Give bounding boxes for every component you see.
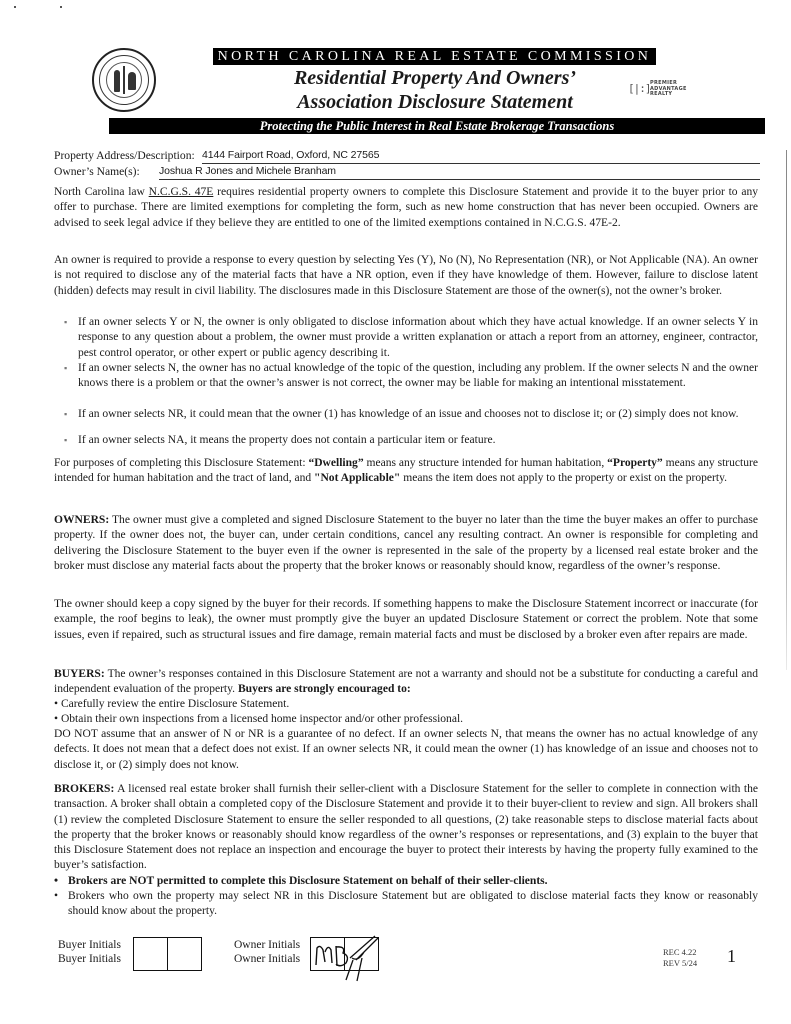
page-number: 1 bbox=[727, 946, 736, 967]
form-revision-info: REC 4.22REV 5/24 bbox=[663, 947, 697, 968]
disclosure-document-page: NORTH CAROLINA REAL ESTATE COMMISSION Re… bbox=[0, 0, 791, 1024]
owner-initials-handwriting bbox=[0, 0, 791, 1024]
